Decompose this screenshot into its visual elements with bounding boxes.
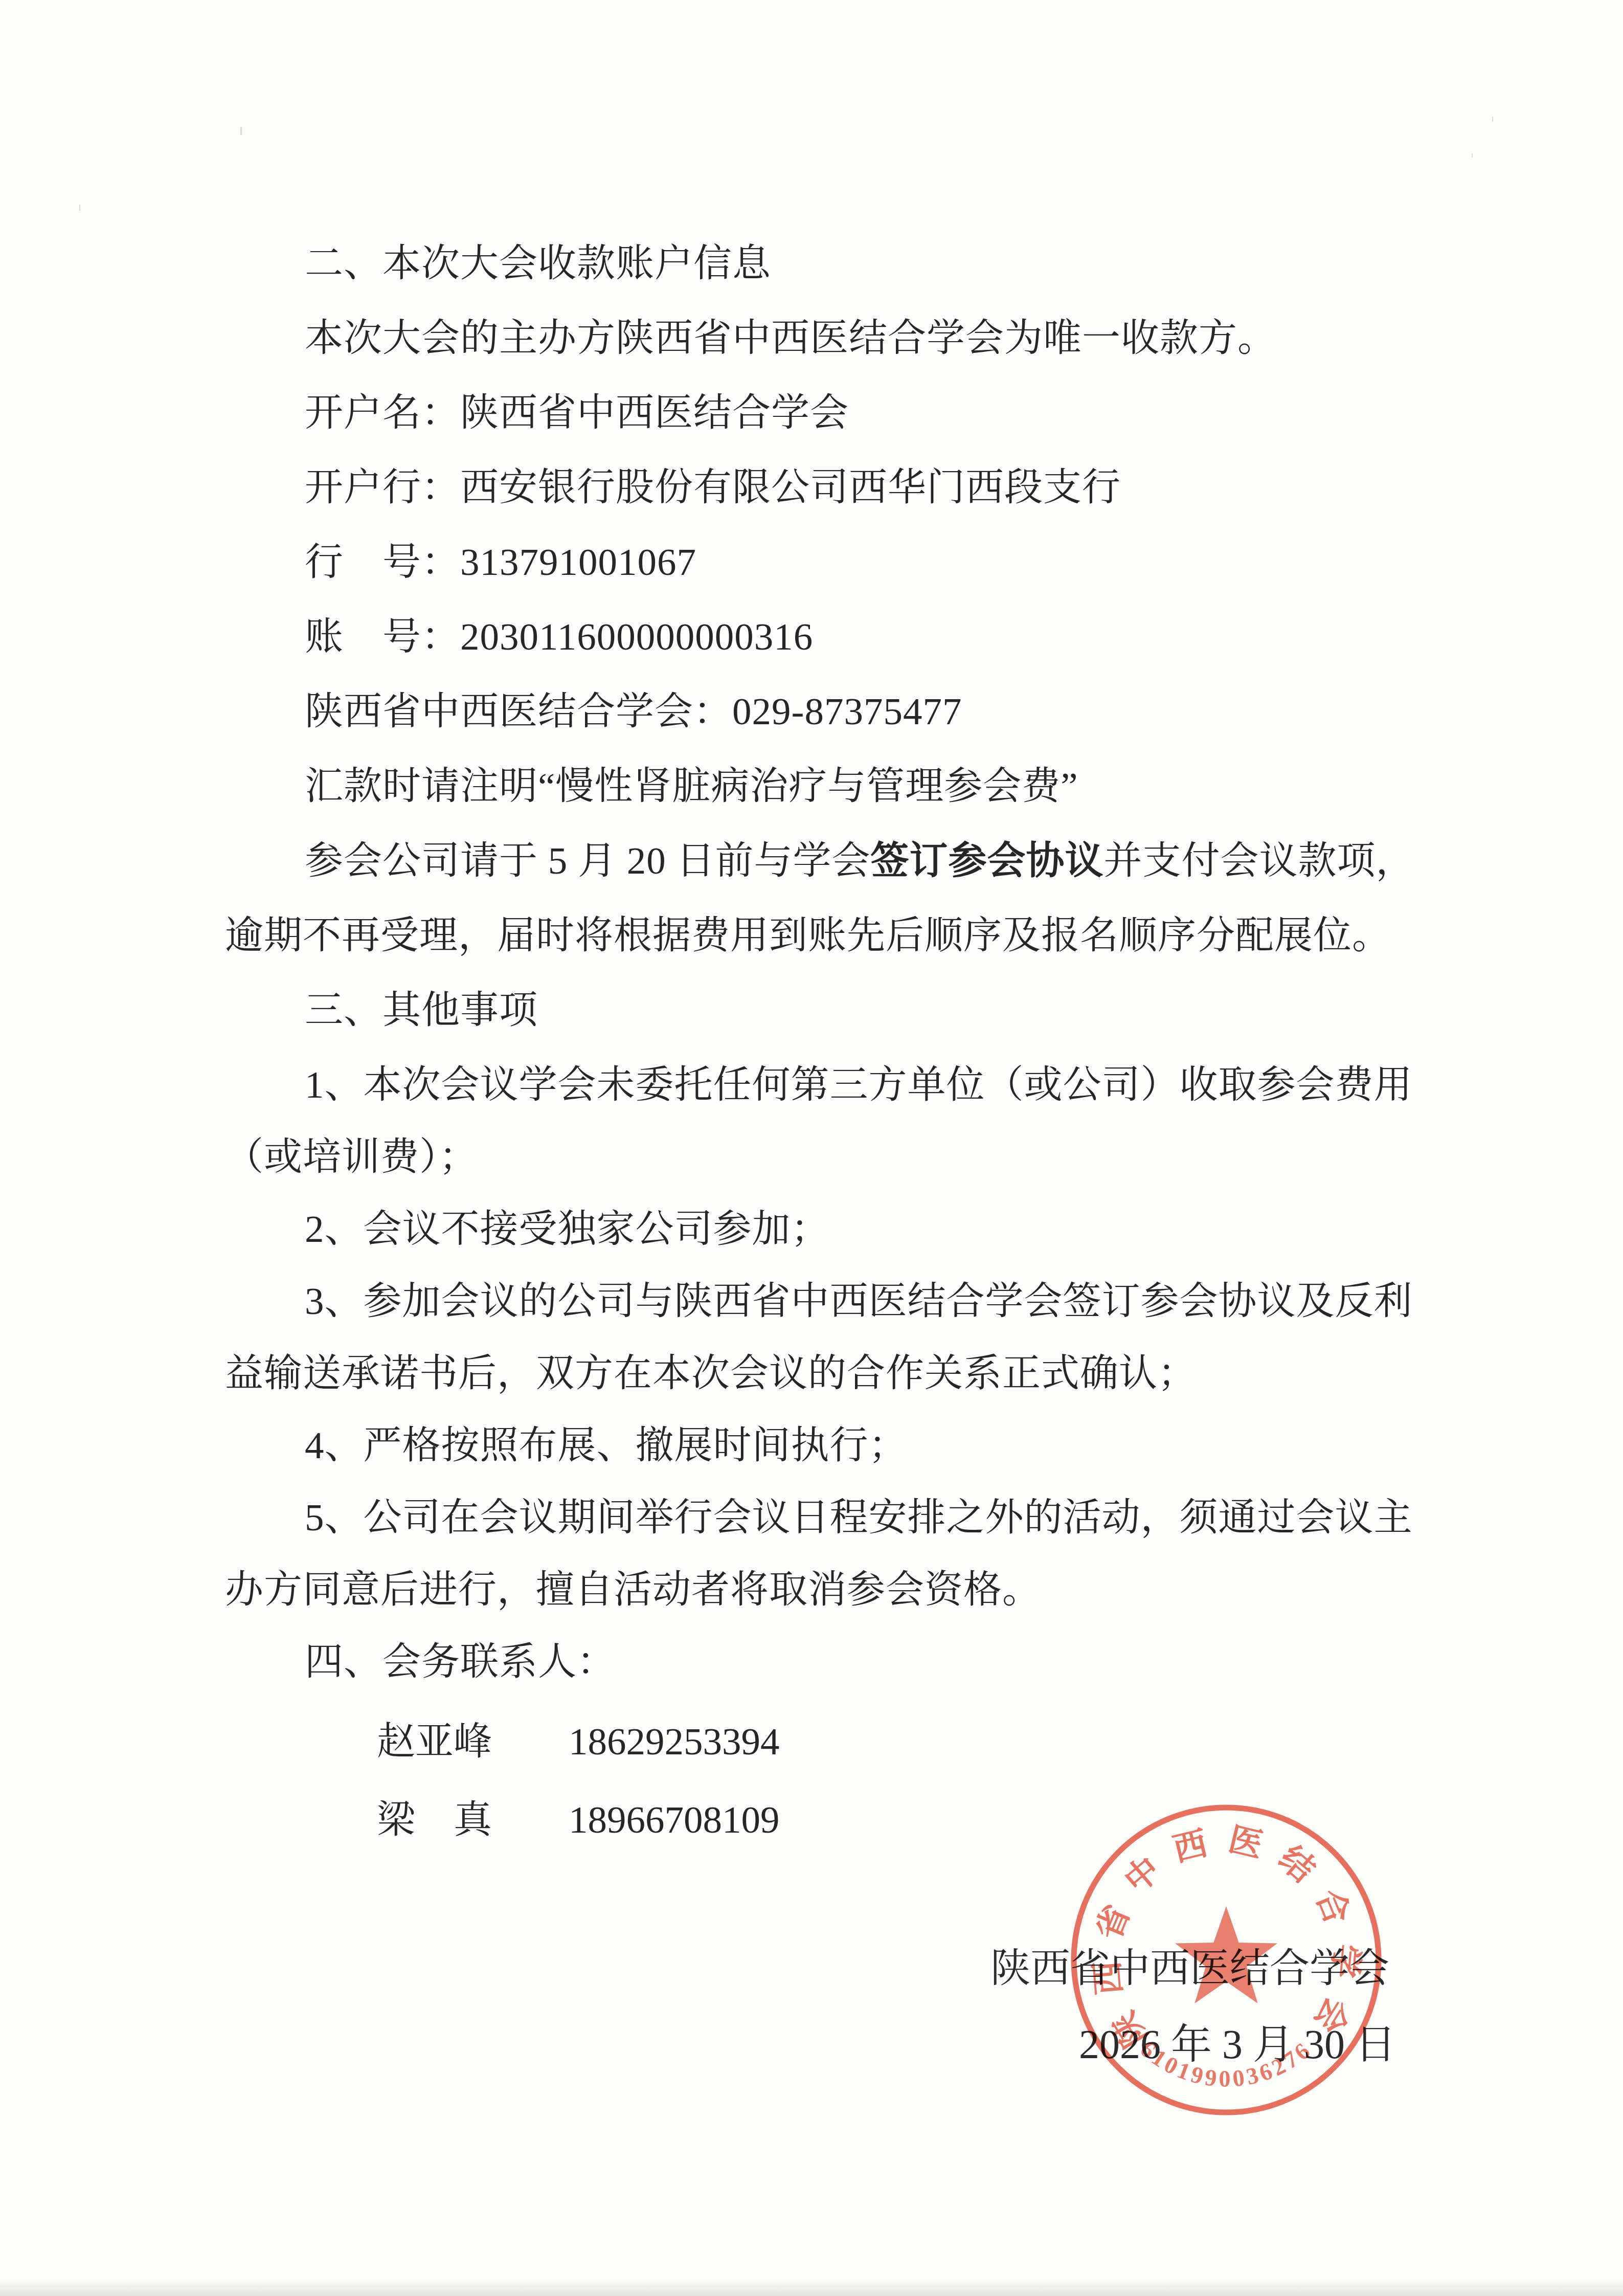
scan-artifact: [1472, 153, 1473, 158]
item5-line: 5、公司在会议期间举行会议日程安排之外的活动，须通过会议主: [305, 1499, 1413, 1537]
contact-phone: 18966708109: [569, 1799, 780, 1841]
star-icon: [1175, 1906, 1277, 2003]
scan-edge-shadow: [0, 2280, 1623, 2296]
account-name-line: 开户名：陕西省中西医结合学会: [305, 394, 849, 432]
paragraph-line: 本次大会的主办方陕西省中西医结合学会为唯一收款方。: [305, 319, 1276, 358]
item1-cont-line: （或培训费）；: [225, 1138, 478, 1176]
item3-cont-line: 益输送承诺书后，双方在本次会议的合作关系正式确认；: [225, 1354, 1197, 1393]
contact-name: 梁 真: [377, 1801, 492, 1839]
deadline-line: 参会公司请于 5 月 20 日前与学会签订参会协议并支付会议款项，: [305, 842, 1415, 880]
item2-line: 2、会议不接受独家公司参加；: [305, 1210, 830, 1249]
scan-artifact: [1492, 117, 1493, 122]
deadline-bold-agreement: 签订参会协议: [871, 840, 1104, 882]
paragraph-line: 逾期不再受理，届时将根据费用到账先后顺序及报名顺序分配展位。: [225, 917, 1391, 955]
deadline-pre: 参会公司请于 5 月 20 日前与学会: [305, 840, 871, 882]
official-seal-stamp: 陕西省中西医结合学会 6101990036276: [1067, 1800, 1386, 2120]
seal-number: 6101990036276: [1135, 2036, 1317, 2091]
item3-line: 3、参加会议的公司与陕西省中西医结合学会签订参会协议及反利: [305, 1282, 1413, 1321]
section4-heading: 四、会务联系人：: [305, 1643, 616, 1681]
contact-phone: 18629253394: [569, 1721, 780, 1763]
document-page: 二、本次大会收款账户信息 本次大会的主办方陕西省中西医结合学会为唯一收款方。 开…: [0, 0, 1623, 2296]
item5-cont-line: 办方同意后进行，擅自活动者将取消参会资格。: [225, 1571, 1041, 1609]
scan-artifact: [79, 205, 80, 211]
item4-line: 4、严格按照布展、撤展时间执行；: [305, 1426, 908, 1465]
bank-code-line: 行 号：313791001067: [305, 543, 696, 582]
section2-heading: 二、本次大会收款账户信息: [305, 244, 771, 283]
contact-name: 赵亚峰: [377, 1723, 492, 1761]
deadline-post: 并支付会议款项，: [1104, 840, 1415, 882]
item1-line: 1、本次会议学会未委托任何第三方单位（或公司）收取参会费用: [305, 1066, 1413, 1104]
contact-row: 赵亚峰18629253394: [377, 1723, 780, 1761]
phone-line: 陕西省中西医结合学会：029-87375477: [305, 693, 962, 731]
contact-row: 梁 真18966708109: [377, 1801, 780, 1839]
section3-heading: 三、其他事项: [305, 991, 538, 1030]
account-number-line: 账 号：203011600000000316: [305, 618, 813, 656]
bank-name-line: 开户行：西安银行股份有限公司西华门西段支行: [305, 469, 1121, 507]
scan-artifact: [240, 127, 242, 135]
remit-note-line: 汇款时请注明“慢性肾脏病治疗与管理参会费”: [305, 767, 1078, 806]
